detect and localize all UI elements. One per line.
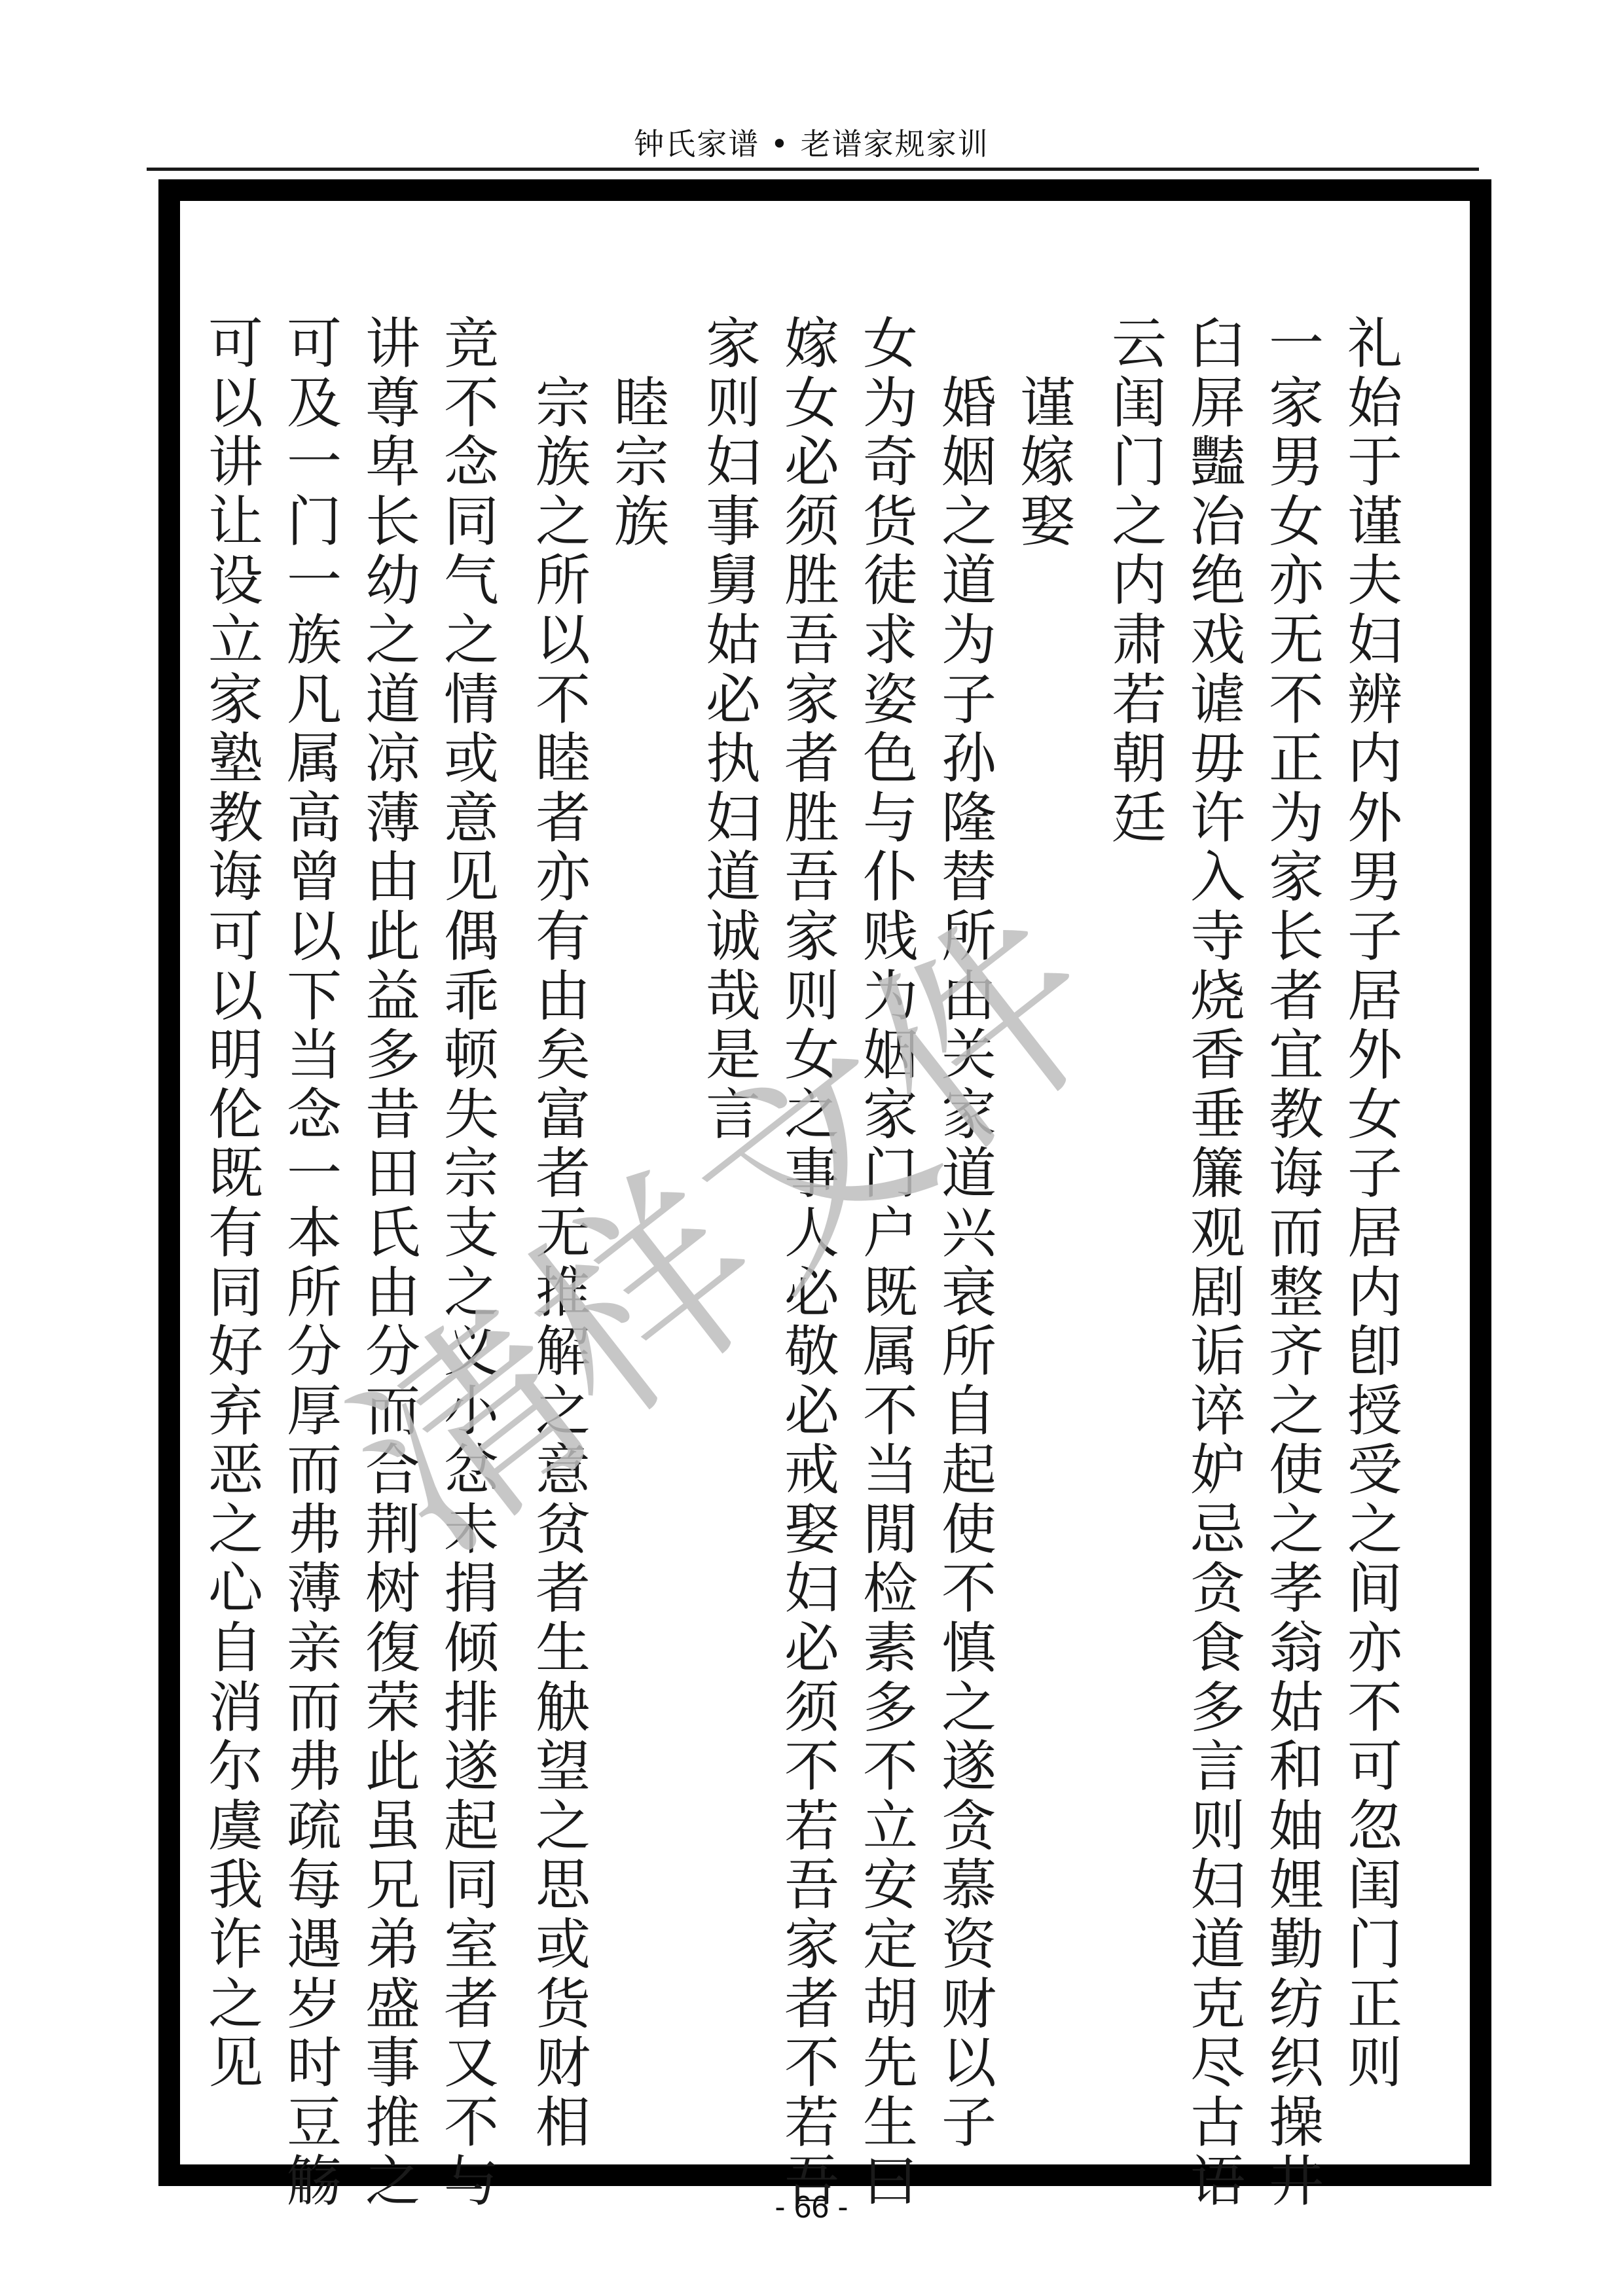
character: 失 [435, 1085, 507, 1145]
character: 屏 [1182, 374, 1254, 433]
character: 相 [527, 2093, 599, 2153]
character: 织 [1260, 2034, 1332, 2093]
character: 长 [357, 492, 429, 552]
character: 则 [776, 967, 848, 1026]
character: 为 [854, 374, 926, 433]
character: 食 [1182, 1619, 1254, 1678]
character: 每 [278, 1856, 350, 1915]
character: 人 [776, 1204, 848, 1263]
character: 以 [278, 907, 350, 967]
character: 及 [278, 374, 350, 433]
character: 亦 [1260, 551, 1332, 611]
character: 之 [357, 611, 429, 670]
character: 凉 [357, 729, 429, 789]
character: 可 [278, 314, 350, 374]
character: 分 [357, 1322, 429, 1382]
character: 道 [933, 1144, 1005, 1204]
character: 色 [854, 729, 926, 789]
character: 既 [854, 1263, 926, 1323]
character: 男 [1339, 848, 1411, 907]
character: 同 [200, 1263, 272, 1323]
character: 胜 [776, 789, 848, 848]
character: 盛 [357, 1975, 429, 2034]
text-column: 女为奇货徒求姿色与仆贱为姻家门户既属不当閒检素多不立安定胡先生曰 [854, 314, 926, 2212]
character: 忽 [1339, 1797, 1411, 1856]
text-column: 可以讲让设立家塾教诲可以明伦既有同好弃恶之心自消尔虞我诈之见 [200, 314, 272, 2093]
character: 隆 [933, 789, 1005, 848]
character: 谨 [1012, 374, 1084, 433]
character: 家 [776, 670, 848, 730]
character: 贫 [527, 1500, 599, 1560]
character: 道 [933, 551, 1005, 611]
character: 起 [435, 1797, 507, 1856]
character: 女 [776, 374, 848, 433]
character: 者 [1260, 967, 1332, 1026]
character: 妇 [1182, 1856, 1254, 1915]
character: 翁 [1260, 1619, 1332, 1678]
character: 古 [1182, 2093, 1254, 2153]
character: 不 [435, 2093, 507, 2153]
character: 荆 [357, 1500, 429, 1560]
text-column: 家则妇事舅姑必执妇道诚哉是言 [697, 314, 769, 1144]
character: 娶 [776, 1500, 848, 1560]
character: 有 [200, 1204, 272, 1263]
character: 立 [854, 1797, 926, 1856]
character: 贪 [1182, 1559, 1254, 1619]
character: 教 [1260, 1085, 1332, 1145]
character: 簾 [1182, 1144, 1254, 1204]
character: 娌 [1260, 1856, 1332, 1915]
character: 不 [776, 2034, 848, 2093]
character: 室 [435, 1915, 507, 1975]
character: 仆 [854, 848, 926, 907]
character: 昔 [357, 1085, 429, 1145]
character: 衰 [933, 1263, 1005, 1323]
character: 尔 [200, 1737, 272, 1797]
character: 偶 [435, 907, 507, 967]
character: 弃 [200, 1382, 272, 1441]
character: 女 [1260, 492, 1332, 552]
character: 货 [527, 1975, 599, 2034]
character: 必 [776, 1619, 848, 1678]
character: 本 [278, 1204, 350, 1263]
character: 忌 [1182, 1500, 1254, 1560]
character: 须 [776, 492, 848, 552]
character: 姻 [854, 1026, 926, 1085]
character: 姻 [933, 433, 1005, 492]
character: 曾 [278, 848, 350, 907]
character: 排 [435, 1678, 507, 1738]
character: 由 [527, 967, 599, 1026]
character: 礼 [1339, 314, 1411, 374]
character: 正 [1260, 729, 1332, 789]
character: 言 [1182, 1737, 1254, 1797]
character: 整 [1260, 1263, 1332, 1323]
character: 虽 [357, 1797, 429, 1856]
character: 则 [1182, 1797, 1254, 1856]
character: 事 [357, 2034, 429, 2093]
character: 嫁 [776, 314, 848, 374]
character: 臼 [1182, 314, 1254, 374]
character: 卑 [357, 433, 429, 492]
character: 家 [854, 1085, 926, 1145]
character: 明 [200, 1026, 272, 1085]
character: 一 [278, 433, 350, 492]
character: 立 [200, 611, 272, 670]
character: 妇 [776, 1559, 848, 1619]
character: 执 [697, 729, 769, 789]
character: 内 [1103, 551, 1175, 611]
character: 若 [1103, 670, 1175, 730]
character: 亦 [1339, 1619, 1411, 1678]
character: 毋 [1182, 729, 1254, 789]
character: 幼 [357, 551, 429, 611]
character: 竞 [435, 314, 507, 374]
character: 豆 [278, 2093, 350, 2153]
character: 妇 [697, 433, 769, 492]
character: 亲 [278, 1619, 350, 1678]
character: 廷 [1103, 789, 1175, 848]
character: 由 [357, 1263, 429, 1323]
character: 遂 [435, 1737, 507, 1797]
character: 门 [1103, 433, 1175, 492]
character: 或 [527, 1915, 599, 1975]
character: 有 [527, 907, 599, 967]
character: 凡 [278, 670, 350, 730]
character: 垂 [1182, 1085, 1254, 1145]
character: 倾 [435, 1619, 507, 1678]
character: 所 [933, 1322, 1005, 1382]
section-heading-column: 睦宗族 [606, 314, 678, 551]
character: 事 [697, 492, 769, 552]
character: 岁 [278, 1975, 350, 2034]
character: 男 [1260, 433, 1332, 492]
character: 香 [1182, 1026, 1254, 1085]
character: 以 [200, 374, 272, 433]
character: 尽 [1182, 2034, 1254, 2093]
character: 舅 [697, 551, 769, 611]
character: 之 [1339, 1500, 1411, 1560]
character: 可 [1339, 1737, 1411, 1797]
character: 哉 [697, 967, 769, 1026]
character: 起 [933, 1441, 1005, 1500]
character: 诟 [1182, 1322, 1254, 1382]
character: 剧 [1182, 1263, 1254, 1323]
character: 货 [854, 492, 926, 552]
character: 族 [527, 433, 599, 492]
character: 而 [1260, 1204, 1332, 1263]
character: 事 [776, 1144, 848, 1204]
character: 始 [1339, 374, 1411, 433]
character: 关 [933, 1026, 1005, 1085]
character: 内 [1339, 1263, 1411, 1323]
character: 家 [1260, 374, 1332, 433]
text-column: 礼始于谨夫妇辨内外男子居外女子居内卽授受之间亦不可忽闺门正则 [1339, 314, 1411, 2093]
character: 许 [1182, 789, 1254, 848]
character: 妇 [1339, 611, 1411, 670]
character: 树 [357, 1559, 429, 1619]
section-heading-column: 谨嫁娶 [1012, 314, 1084, 551]
character: 高 [278, 789, 350, 848]
character: 家 [697, 314, 769, 374]
character: 贱 [854, 907, 926, 967]
character: 遂 [933, 1737, 1005, 1797]
character: 和 [1260, 1737, 1332, 1797]
character: 之 [1260, 1500, 1332, 1560]
character: 者 [776, 729, 848, 789]
character: 女 [854, 314, 926, 374]
character: 门 [1339, 1915, 1411, 1975]
character: 族 [278, 611, 350, 670]
character: 戏 [1182, 611, 1254, 670]
character: 支 [435, 1204, 507, 1263]
character: 者 [435, 1975, 507, 2034]
character: 须 [776, 1678, 848, 1738]
character: 讲 [357, 314, 429, 374]
character: 道 [357, 670, 429, 730]
character: 居 [1339, 967, 1411, 1026]
character: 家 [776, 907, 848, 967]
character: 安 [854, 1856, 926, 1915]
character: 见 [200, 2034, 272, 2093]
character: 閒 [854, 1500, 926, 1560]
character: 纺 [1260, 1975, 1332, 2034]
character: 不 [776, 1737, 848, 1797]
character: 为 [933, 611, 1005, 670]
character: 自 [933, 1382, 1005, 1441]
character: 宗 [435, 1144, 507, 1204]
character: 卽 [1339, 1322, 1411, 1382]
character: 一 [1260, 314, 1332, 374]
character: 先 [854, 2034, 926, 2093]
character: 外 [1339, 1026, 1411, 1085]
character: 吾 [776, 1856, 848, 1915]
character: 辨 [1339, 670, 1411, 730]
text-column: 竞不念同气之情或意见偶乖顿失宗支之义小忿未捐倾排遂起同室者又不与 [435, 314, 507, 2212]
character: 贪 [933, 1797, 1005, 1856]
character: 冶 [1182, 492, 1254, 552]
character: 合 [357, 1441, 429, 1500]
character: 不 [1339, 1678, 1411, 1738]
character: 薄 [357, 789, 429, 848]
character: 娶 [1012, 492, 1084, 552]
character: 道 [1182, 1915, 1254, 1975]
character: 讲 [200, 433, 272, 492]
character: 尊 [357, 374, 429, 433]
character: 既 [200, 1144, 272, 1204]
character: 义 [435, 1322, 507, 1382]
character: 无 [527, 1204, 599, 1263]
character: 婚 [933, 374, 1005, 433]
character: 家 [200, 670, 272, 730]
character: 而 [278, 1678, 350, 1738]
character: 言 [697, 1085, 769, 1145]
character: 使 [1260, 1441, 1332, 1500]
character: 或 [435, 729, 507, 789]
character: 则 [1339, 2034, 1411, 2093]
character: 子 [1339, 907, 1411, 967]
character: 肃 [1103, 611, 1175, 670]
character: 孝 [1260, 1559, 1332, 1619]
character: 解 [527, 1322, 599, 1382]
character: 所 [278, 1263, 350, 1323]
character: 绝 [1182, 551, 1254, 611]
character: 胜 [776, 551, 848, 611]
character: 意 [435, 789, 507, 848]
character: 之 [933, 1678, 1005, 1738]
character: 同 [435, 492, 507, 552]
character: 是 [697, 1026, 769, 1085]
character: 分 [278, 1322, 350, 1382]
character: 女 [776, 1026, 848, 1085]
character: 由 [933, 967, 1005, 1026]
character: 顿 [435, 1026, 507, 1085]
character: 必 [776, 433, 848, 492]
character: 未 [435, 1500, 507, 1560]
character: 以 [527, 611, 599, 670]
character: 观 [1182, 1204, 1254, 1263]
character: 所 [933, 907, 1005, 967]
character: 望 [527, 1737, 599, 1797]
character: 多 [854, 1678, 926, 1738]
character: 一 [278, 1144, 350, 1204]
character: 属 [854, 1322, 926, 1382]
character: 子 [933, 2093, 1005, 2153]
character: 子 [933, 670, 1005, 730]
character: 心 [200, 1559, 272, 1619]
character: 族 [606, 492, 678, 552]
character: 自 [200, 1619, 272, 1678]
character: 不 [933, 1559, 1005, 1619]
character: 必 [697, 670, 769, 730]
character: 者 [527, 1559, 599, 1619]
character: 兄 [357, 1856, 429, 1915]
character: 居 [1339, 1204, 1411, 1263]
character: 胡 [854, 1975, 926, 2034]
character: 同 [435, 1856, 507, 1915]
character: 属 [278, 729, 350, 789]
character: 者 [776, 1975, 848, 2034]
character: 戒 [776, 1441, 848, 1500]
text-column: 云闺门之内肃若朝廷 [1103, 314, 1175, 848]
character: 之 [527, 1797, 599, 1856]
character: 时 [278, 2034, 350, 2093]
character: 奇 [854, 433, 926, 492]
character: 矣 [527, 1026, 599, 1085]
character: 以 [200, 967, 272, 1026]
text-column: 臼屏豔冶绝戏谑毋许入寺烧香垂簾观剧诟谇妒忌贪食多言则妇道克尽古语 [1182, 314, 1254, 2212]
character: 者 [527, 789, 599, 848]
character: 念 [278, 1085, 350, 1145]
character: 宗 [606, 433, 678, 492]
text-column: 宗族之所以不睦者亦有由矣富者无推解之意贫者生觖望之思或货财相 [527, 314, 599, 2152]
character: 乖 [435, 967, 507, 1026]
character: 使 [933, 1500, 1005, 1560]
character: 不 [1260, 670, 1332, 730]
character: 宜 [1260, 1026, 1332, 1085]
text-column: 一家男女亦无不正为家长者宜教诲而整齐之使之孝翁姑和妯娌勤纺织操井 [1260, 314, 1332, 2212]
character: 则 [697, 374, 769, 433]
character: 诲 [200, 848, 272, 907]
character: 可 [200, 907, 272, 967]
character: 推 [357, 2093, 429, 2153]
character: 吾 [776, 848, 848, 907]
character: 一 [278, 551, 350, 611]
character: 气 [435, 551, 507, 611]
character: 敬 [776, 1322, 848, 1382]
character: 教 [200, 789, 272, 848]
character: 多 [1182, 1678, 1254, 1738]
character: 长 [1260, 907, 1332, 967]
character: 生 [854, 2093, 926, 2153]
character: 之 [200, 1975, 272, 2034]
character: 定 [854, 1915, 926, 1975]
character: 财 [933, 1975, 1005, 2034]
text-column: 可及一门一族凡属高曾以下当念一本所分厚而弗薄亲而弗疏每遇岁时豆觞 [278, 314, 350, 2212]
text-column: 嫁女必须胜吾家者胜吾家则女之事人必敬必戒娶妇必须不若吾家者不若吾 [776, 314, 848, 2212]
character: 之 [200, 1500, 272, 1560]
character: 疏 [278, 1797, 350, 1856]
character: 为 [1260, 789, 1332, 848]
character: 寺 [1182, 907, 1254, 967]
character: 于 [1339, 433, 1411, 492]
character: 谨 [1339, 492, 1411, 552]
character: 内 [1339, 729, 1411, 789]
character: 益 [357, 967, 429, 1026]
character: 好 [200, 1322, 272, 1382]
character: 之 [435, 611, 507, 670]
character: 门 [854, 1144, 926, 1204]
character: 可 [200, 314, 272, 374]
character: 遇 [278, 1915, 350, 1975]
character: 子 [1339, 1144, 1411, 1204]
character: 以 [933, 2034, 1005, 2093]
character: 家 [1260, 848, 1332, 907]
character: 之 [435, 1263, 507, 1323]
character: 妇 [697, 789, 769, 848]
character: 克 [1182, 1975, 1254, 2034]
character: 家 [776, 1915, 848, 1975]
character: 孙 [933, 729, 1005, 789]
text-column: 婚姻之道为子孙隆替所由关家道兴衰所自起使不慎之遂贪慕资财以子 [933, 314, 1005, 2152]
character: 下 [278, 967, 350, 1026]
character: 慎 [933, 1619, 1005, 1678]
character: 徒 [854, 551, 926, 611]
character: 嫁 [1012, 433, 1084, 492]
character: 必 [776, 1263, 848, 1323]
character: 妒 [1182, 1441, 1254, 1500]
character: 资 [933, 1915, 1005, 1975]
character: 不 [527, 670, 599, 730]
character: 者 [527, 1144, 599, 1204]
character: 户 [854, 1204, 926, 1263]
character: 操 [1260, 2093, 1332, 2153]
character: 妯 [1260, 1797, 1332, 1856]
character: 若 [776, 2093, 848, 2153]
character: 见 [435, 848, 507, 907]
character: 当 [854, 1441, 926, 1500]
character: 道 [697, 848, 769, 907]
character: 无 [1260, 611, 1332, 670]
character: 设 [200, 551, 272, 611]
character: 慕 [933, 1856, 1005, 1915]
character: 弗 [278, 1737, 350, 1797]
character: 正 [1339, 1975, 1411, 2034]
character: 夫 [1339, 551, 1411, 611]
character: 之 [527, 492, 599, 552]
character: 我 [200, 1856, 272, 1915]
character: 厚 [278, 1382, 350, 1441]
